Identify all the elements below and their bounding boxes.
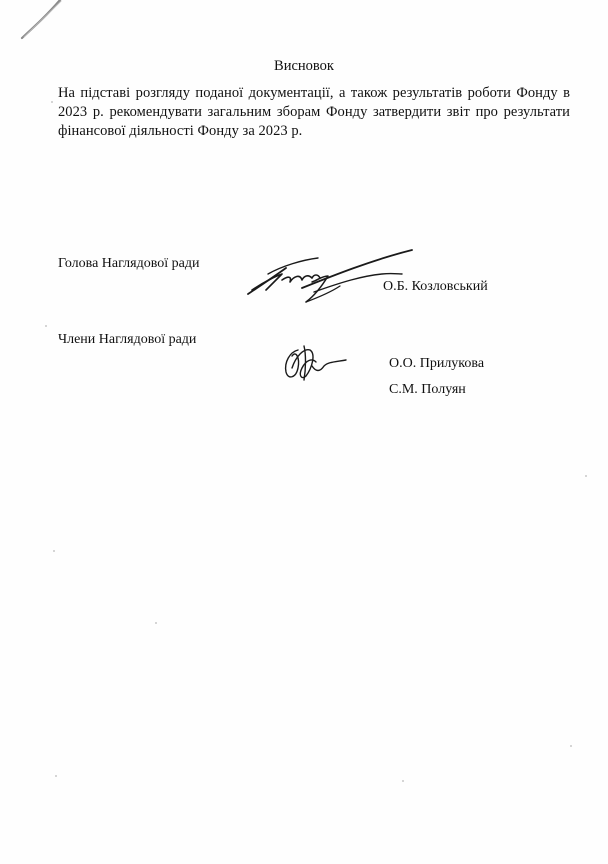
scan-speck (570, 745, 572, 747)
scan-speck (402, 780, 404, 782)
member-name: С.М. Полуян (389, 381, 466, 398)
chair-role-label: Голова Наглядової ради (58, 255, 199, 272)
conclusion-line: На підставі розгляду поданої документаці… (58, 84, 570, 103)
member-name: О.О. Прилукова (389, 355, 484, 372)
scan-speck (53, 550, 55, 552)
member-signature-icon (276, 338, 356, 384)
document-title: Висновок (0, 58, 608, 75)
chair-name: О.Б. Козловський (383, 278, 488, 295)
chair-signature-icon (242, 246, 422, 308)
conclusion-line: фінансової діяльності Фонду за 2023 р. (58, 122, 570, 141)
scan-speck (585, 475, 587, 477)
scan-speck (51, 101, 53, 103)
members-role-label: Члени Наглядової ради (58, 331, 196, 348)
scanned-document-page: Висновок На підставі розгляду поданої до… (0, 0, 608, 864)
conclusion-line: 2023 р. рекомендувати загальним зборам Ф… (58, 103, 570, 122)
pen-stroke-mark-icon (0, 0, 80, 50)
scan-speck (45, 325, 47, 327)
scan-speck (55, 775, 57, 777)
conclusion-paragraph: На підставі розгляду поданої документаці… (58, 84, 570, 141)
scan-speck (155, 622, 157, 624)
